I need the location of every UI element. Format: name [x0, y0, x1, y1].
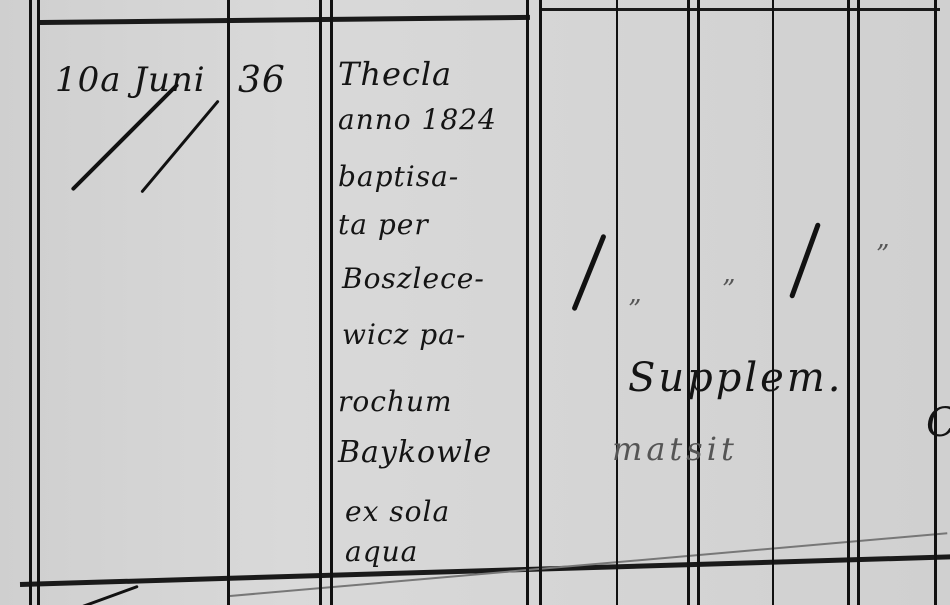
- column-divider: [29, 0, 32, 605]
- description-line: ex sola: [345, 495, 450, 528]
- date-flourish: [140, 100, 219, 194]
- register-page: 10a Juni 36 Thecla anno 1824 baptisa- ta…: [0, 0, 950, 605]
- column-divider: [697, 0, 700, 605]
- top-rule-right: [540, 8, 940, 11]
- column-divider: [526, 0, 529, 605]
- top-rule: [40, 15, 530, 25]
- description-line: rochum: [338, 385, 453, 418]
- ditto-mark: ”: [876, 240, 890, 270]
- bottom-rule: [20, 554, 950, 587]
- column-divider: [772, 0, 774, 605]
- column-divider: [330, 0, 333, 605]
- column-divider: [539, 0, 542, 605]
- description-line: baptisa-: [338, 160, 459, 193]
- ditto-mark: ”: [628, 295, 642, 325]
- column-divider: [319, 0, 322, 605]
- column-divider: [687, 0, 690, 605]
- column-divider: [934, 0, 937, 605]
- column-divider: [616, 0, 618, 605]
- ditto-mark: ”: [722, 275, 736, 305]
- description-line: wicz pa-: [342, 318, 466, 351]
- description-line: Boszlece-: [342, 262, 485, 295]
- column-divider: [37, 0, 40, 605]
- tally-mark-one: [789, 222, 821, 299]
- remark-line1: Supplem.: [628, 355, 843, 401]
- column-divider: [857, 0, 860, 605]
- faint-diagonal-rule: [230, 532, 947, 597]
- description-line: Thecla: [338, 55, 452, 93]
- next-entry-fragment: [81, 585, 138, 605]
- entry-date: 10a Juni: [55, 60, 206, 100]
- entry-number: 36: [238, 60, 286, 101]
- description-line: ta per: [338, 208, 429, 241]
- remark-line2: matsit: [612, 430, 738, 468]
- tally-mark-one: [571, 234, 606, 312]
- description-line: Baykowle: [338, 435, 492, 470]
- column-divider: [847, 0, 850, 605]
- remark-edge: C: [926, 400, 950, 446]
- description-line: anno 1824: [338, 103, 497, 136]
- description-line: aqua: [345, 535, 418, 568]
- column-divider: [227, 0, 230, 605]
